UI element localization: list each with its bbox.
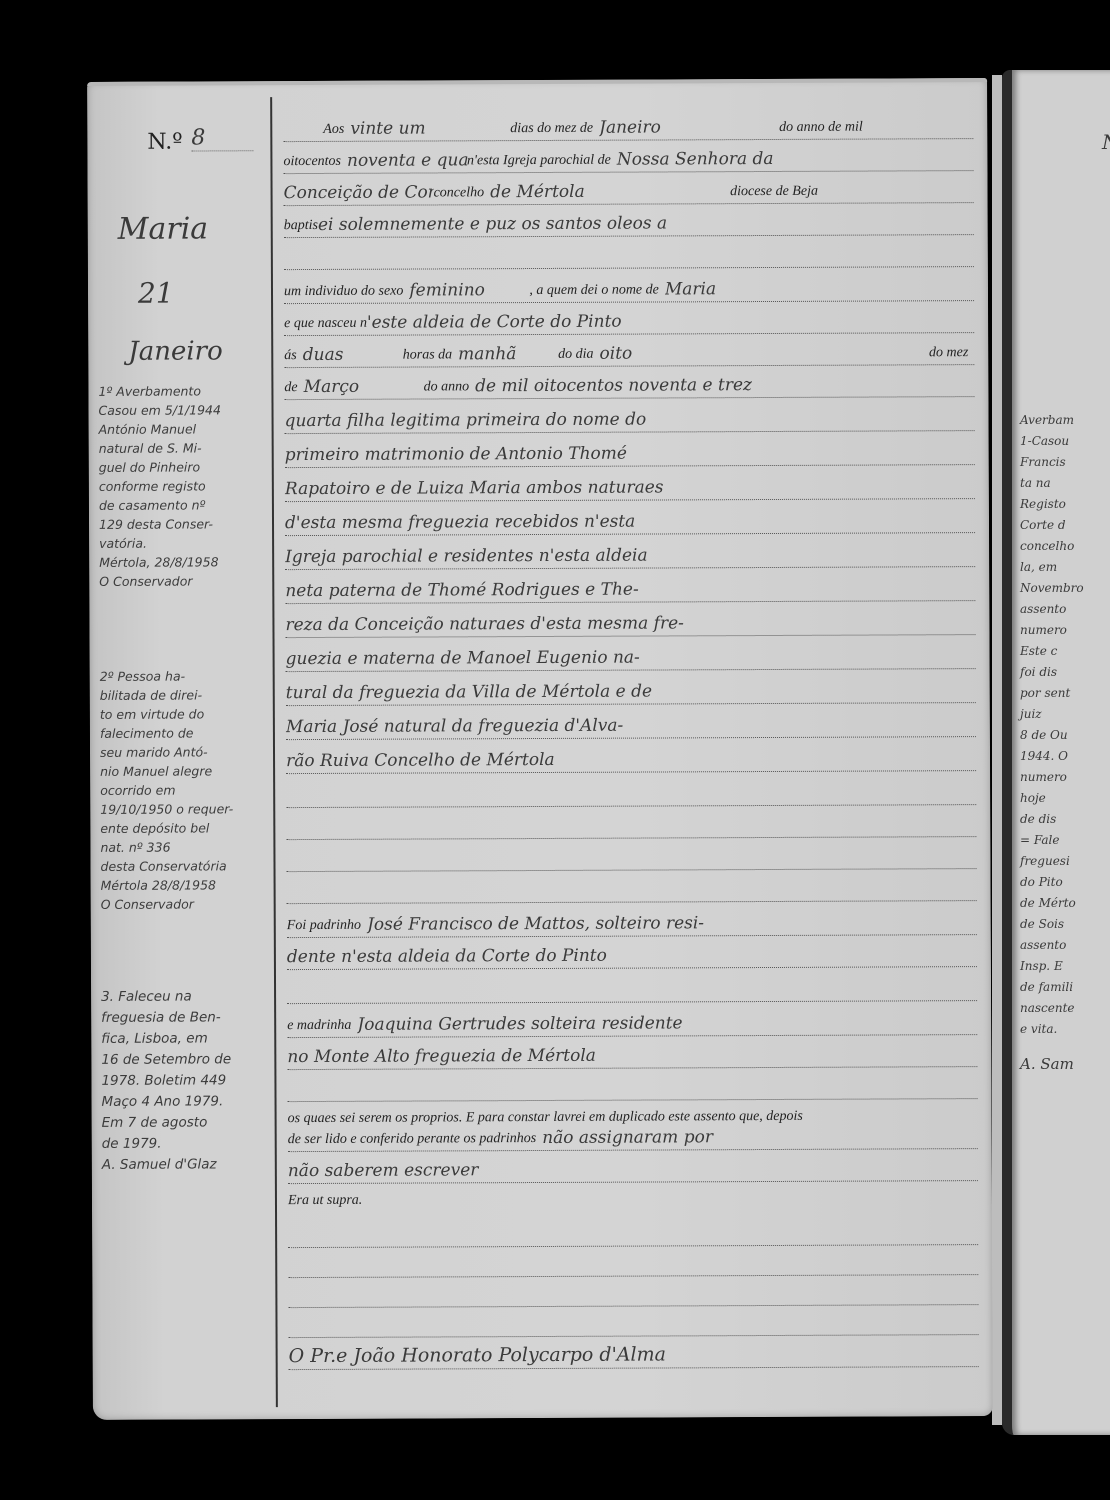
blank-line xyxy=(288,1304,978,1338)
body-line: Maria José natural da freguezia d'Alva- xyxy=(286,706,976,740)
hw-month: Janeiro xyxy=(599,117,779,140)
blank-line xyxy=(287,870,977,904)
hw-parish: Nossa Senhora da xyxy=(617,148,974,172)
blank-line xyxy=(287,970,977,1004)
record-body: Aos vinte um dias do mez de Janeiro do a… xyxy=(283,78,979,1419)
blank-line xyxy=(288,1244,978,1278)
record-number-label: N.º xyxy=(147,130,182,155)
line-blank xyxy=(284,236,974,270)
body-line: guezia e materna de Manoel Eugenio na- xyxy=(286,638,976,672)
hw-godmother-cont: no Monte Alto freguezia de Mértola xyxy=(287,1044,977,1069)
line-birthplace: e que nasceu n 'este aldeia de Corte do … xyxy=(284,302,974,336)
hw-child-name: Maria xyxy=(665,278,974,301)
book-spine xyxy=(992,75,1002,1425)
body-line: neta paterna de Thomé Rodrigues e The- xyxy=(285,570,975,604)
hw-godfather: José Francisco de Mattos, solteiro resi- xyxy=(367,912,977,937)
line-godmother-cont: no Monte Alto freguezia de Mértola xyxy=(287,1036,977,1070)
line-godfather-cont: dente n'esta aldeia da Corte do Pinto xyxy=(287,936,977,970)
hw-godfather-cont: dente n'esta aldeia da Corte do Pinto xyxy=(287,944,977,969)
line-signatures-cont: não saberem escrever xyxy=(288,1150,978,1184)
blank-line xyxy=(286,806,976,840)
line-birth-time: ás duas horas da manhã do dia oito do me… xyxy=(284,334,974,368)
line-signatures: de ser lido e conferido perante os padri… xyxy=(288,1118,978,1152)
line-date: Aos vinte um dias do mez de Janeiro do a… xyxy=(283,108,973,142)
margin-annotation-2: 2º Pessoa ha- bilitada de direi- to em v… xyxy=(100,666,269,914)
hw-godparents-note-cont: não saberem escrever xyxy=(288,1158,978,1183)
era-ut-supra: Era ut supra. xyxy=(288,1190,978,1209)
baptism-record-page: N.º 8 Maria 21 Janeiro 1º Averbamento Ca… xyxy=(87,78,993,1420)
line-concelho: Conceição de Corte do Pinto concelho de … xyxy=(283,172,973,206)
body-line: reza da Conceição naturaes d'esta mesma … xyxy=(285,604,975,638)
hw-parish-cont: Conceição de Corte do Pinto xyxy=(284,182,434,205)
hw-birthplace: 'este aldeia de Corte do Pinto xyxy=(367,310,974,335)
line-baptis: baptis ei solemnemente e puz os santos o… xyxy=(284,204,974,238)
record-margin: N.º 8 Maria 21 Janeiro 1º Averbamento Ca… xyxy=(87,81,273,1420)
margin-birth-day: 21 xyxy=(138,277,174,310)
hw-birth-year: de mil oitocentos noventa e trez xyxy=(475,374,974,398)
body-line: quarta filha legitima primeira do nome d… xyxy=(284,400,974,434)
hw-concelho: de Mértola xyxy=(490,181,730,204)
priest-signature-line: O Pr.e João Honorato Polycarpo d'Alma xyxy=(289,1336,979,1370)
hw-birth-day: oito xyxy=(599,342,929,365)
blank-line xyxy=(287,1068,977,1102)
hw-day: vinte um xyxy=(350,118,510,141)
priest-signature: O Pr.e João Honorato Polycarpo d'Alma xyxy=(289,1342,979,1369)
blank-line xyxy=(288,1274,978,1308)
margin-month: Janeiro xyxy=(128,336,223,366)
hw-sex: feminino xyxy=(409,280,529,303)
hw-godmother: Joaquina Gertrudes solteira residente xyxy=(357,1012,977,1037)
hw-birth-month: Março xyxy=(304,377,424,400)
facing-page-number-label: N xyxy=(1102,130,1110,154)
body-line: tural da freguezia da Villa de Mértola e… xyxy=(286,672,976,706)
blank-line xyxy=(286,774,976,808)
body-line: Rapatoiro e de Luiza Maria ambos naturae… xyxy=(285,468,975,502)
line-birth-year: de Março do anno de mil oitocentos noven… xyxy=(284,366,974,400)
blank-line xyxy=(286,838,976,872)
body-line: primeiro matrimonio de Antonio Thomé xyxy=(285,434,975,468)
line-godfather: Foi padrinho José Francisco de Mattos, s… xyxy=(287,904,977,938)
body-line: d'esta mesma freguezia recebidos n'esta xyxy=(285,502,975,536)
hw-period: manhã xyxy=(458,344,558,366)
hw-baptism-text: ei solemnemente e puz os santos oleos a xyxy=(318,212,974,237)
facing-page-margin-notes: Averbam 1-Casou Francis ta na Registo Co… xyxy=(1020,410,1110,1075)
margin-annotation-1: 1º Averbamento Casou em 5/1/1944 António… xyxy=(98,381,267,591)
record-number: 8 xyxy=(191,125,253,151)
body-line: rão Ruiva Concelho de Mértola xyxy=(286,740,976,774)
hw-year: noventa e quatro xyxy=(347,150,467,173)
line-year-parish: oitocentos noventa e quatro n'esta Igrej… xyxy=(283,140,973,174)
hw-godparents-note: não assignaram por xyxy=(542,1126,978,1150)
body-line: Igreja parochial e residentes n'esta ald… xyxy=(285,536,975,570)
line-godmother: e madrinha Joaquina Gertrudes solteira r… xyxy=(287,1004,977,1038)
facing-page: N Averbam 1-Casou Francis ta na Registo … xyxy=(1002,70,1110,1435)
hw-hours: duas xyxy=(303,345,403,367)
blank-line xyxy=(288,1214,978,1248)
margin-child-name: Maria xyxy=(118,211,209,246)
margin-annotation-3: 3. Faleceu na freguesia de Ben- fica, Li… xyxy=(101,986,270,1176)
line-sex-name: um individuo do sexo feminino , a quem d… xyxy=(284,270,974,304)
